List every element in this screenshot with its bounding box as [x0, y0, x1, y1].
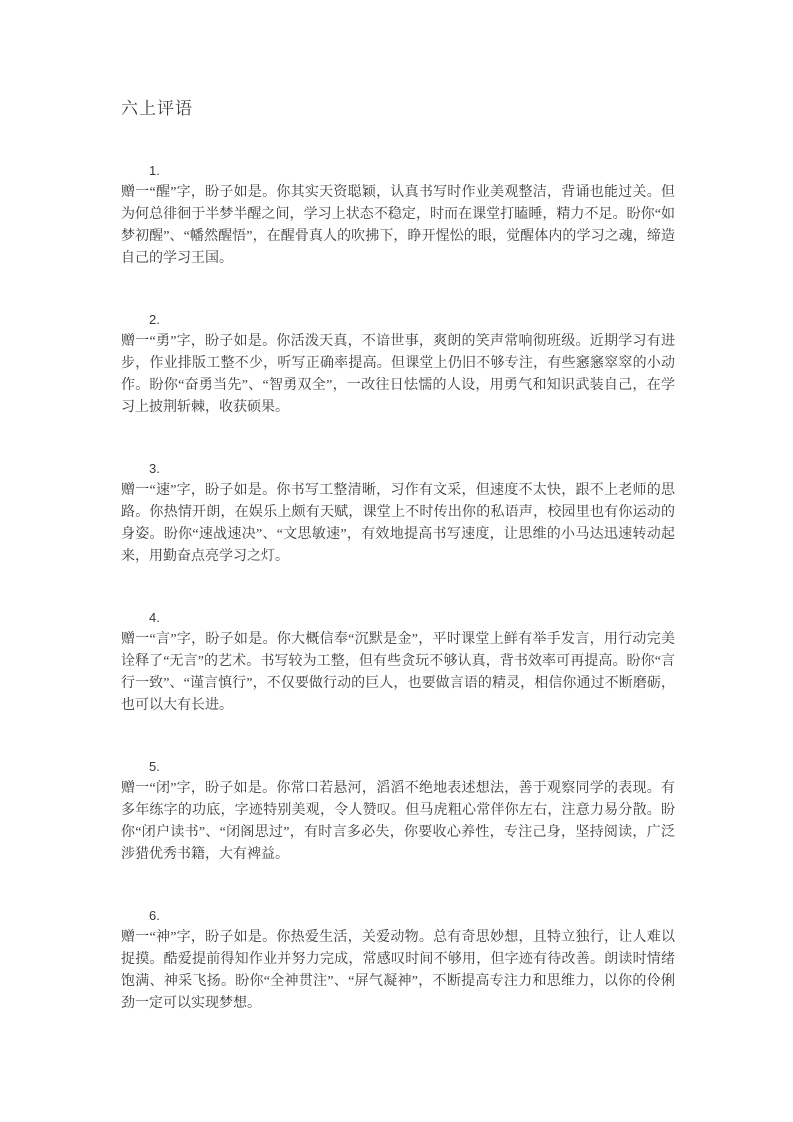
comment-section-5: 5. 赠一“闭”字，盼子如是。你常口若悬河，滔滔不绝地表述想法，善于观察同学的表… — [121, 756, 675, 866]
section-paragraph: 赠一“神”字，盼子如是。你热爱生活，关爱动物。总有奇思妙想，且特立独行，让人难以… — [121, 927, 675, 1015]
comment-section-6: 6. 赠一“神”字，盼子如是。你热爱生活，关爱动物。总有奇思妙想，且特立独行，让… — [121, 905, 675, 1015]
section-number: 4. — [121, 607, 675, 629]
comment-section-1: 1. 赠一“醒”字，盼子如是。你其实天资聪颖，认真书写时作业美观整洁，背诵也能过… — [121, 160, 675, 270]
comment-section-2: 2. 赠一“勇”字，盼子如是。你活泼天真，不谙世事，爽朗的笑声常响彻班级。近期学… — [121, 309, 675, 419]
section-paragraph: 赠一“闭”字，盼子如是。你常口若悬河，滔滔不绝地表述想法，善于观察同学的表现。有… — [121, 778, 675, 866]
section-number: 5. — [121, 756, 675, 778]
document-title: 六上评语 — [121, 97, 675, 121]
section-number: 6. — [121, 905, 675, 927]
document-page: 六上评语 1. 赠一“醒”字，盼子如是。你其实天资聪颖，认真书写时作业美观整洁，… — [0, 0, 793, 1122]
section-paragraph: 赠一“醒”字，盼子如是。你其实天资聪颖，认真书写时作业美观整洁，背诵也能过关。但… — [121, 182, 675, 270]
comment-section-3: 3. 赠一“速”字，盼子如是。你书写工整清晰，习作有文采，但速度不太快，跟不上老… — [121, 458, 675, 568]
section-paragraph: 赠一“勇”字，盼子如是。你活泼天真，不谙世事，爽朗的笑声常响彻班级。近期学习有进… — [121, 331, 675, 419]
comment-section-4: 4. 赠一“言”字，盼子如是。你大概信奉“沉默是金”，平时课堂上鲜有举手发言，用… — [121, 607, 675, 717]
section-number: 2. — [121, 309, 675, 331]
section-paragraph: 赠一“言”字，盼子如是。你大概信奉“沉默是金”，平时课堂上鲜有举手发言，用行动完… — [121, 629, 675, 717]
section-number: 3. — [121, 458, 675, 480]
section-paragraph: 赠一“速”字，盼子如是。你书写工整清晰，习作有文采，但速度不太快，跟不上老师的思… — [121, 480, 675, 568]
section-number: 1. — [121, 160, 675, 182]
